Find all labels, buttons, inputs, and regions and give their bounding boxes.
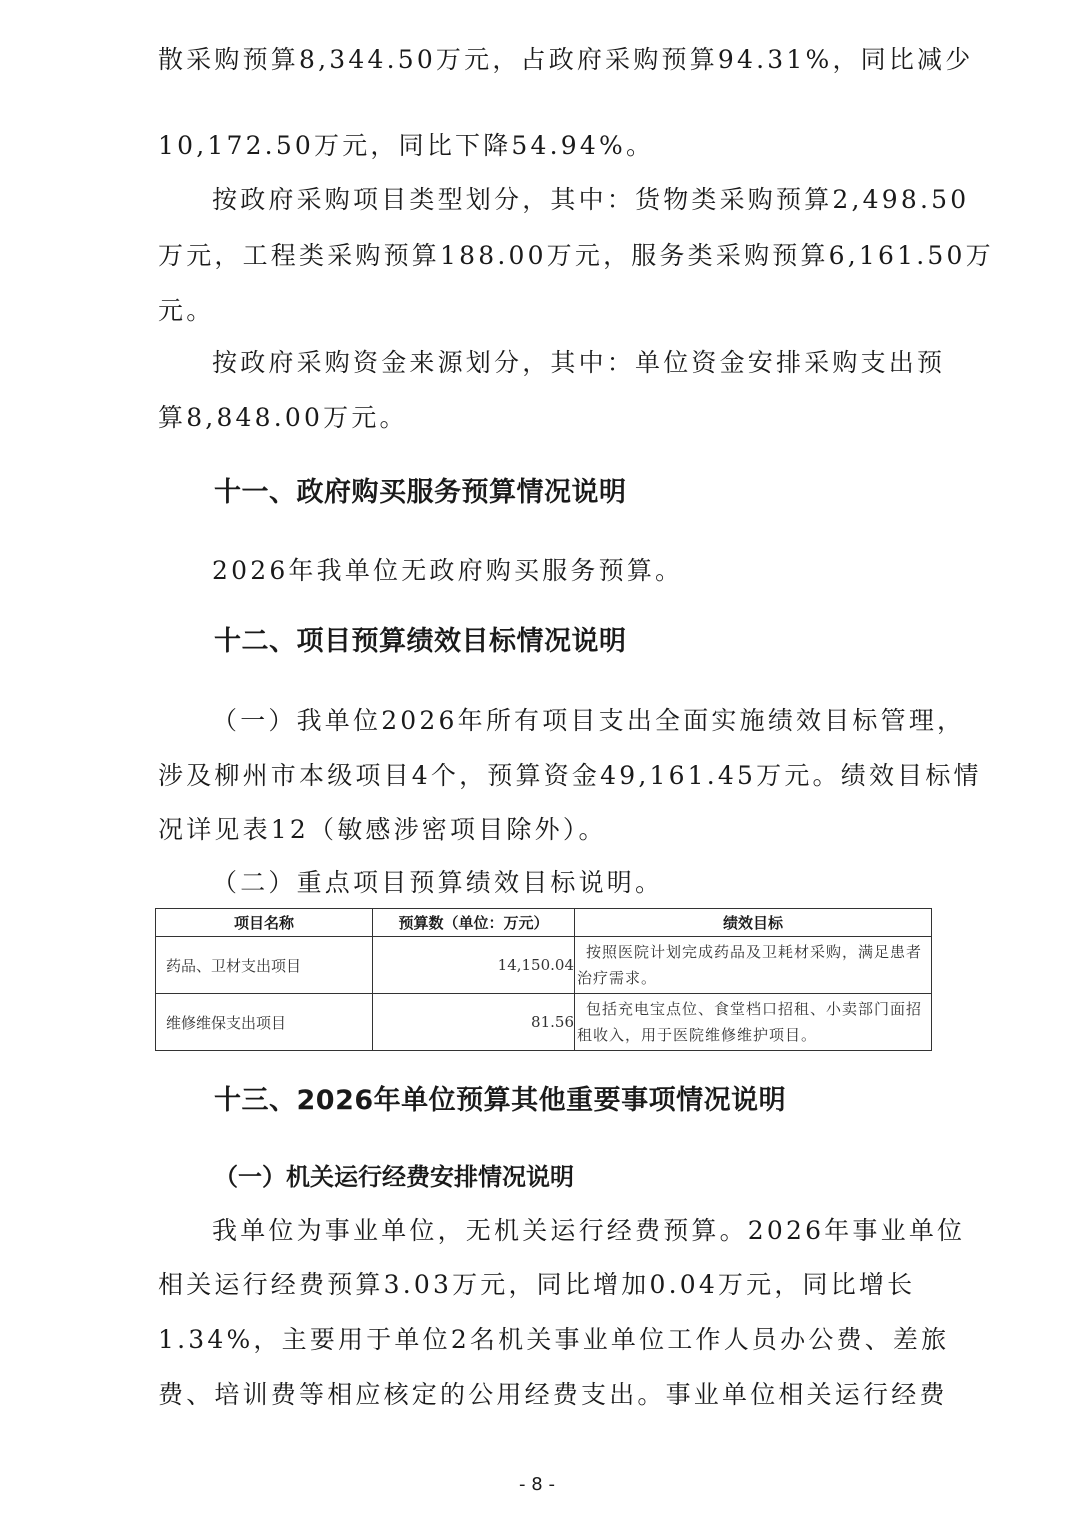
paragraph-line: （二）重点项目预算绩效目标说明。 [212,868,982,898]
section-heading-13: 十三、2026年单位预算其他重要事项情况说明 [214,1085,786,1117]
table-row: 药品、卫材支出项目 14,150.04 按照医院计划完成药品及卫耗材采购，满足患… [156,937,932,994]
paragraph-line: 2026年我单位无政府购买服务预算。 [212,556,982,586]
table-header-row: 项目名称 预算数（单位：万元） 绩效目标 [156,909,932,937]
paragraph-line: 费、培训费等相应核定的公用经费支出。事业单位相关运行经费 [158,1380,928,1410]
paragraph-line: 按政府采购资金来源划分，其中：单位资金安排采购支出预 [212,348,982,378]
paragraph-line: 元。 [158,296,928,326]
section-heading-12: 十二、项目预算绩效目标情况说明 [214,626,627,658]
paragraph-line: 我单位为事业单位，无机关运行经费预算。2026年事业单位 [212,1216,982,1246]
subsection-heading: （一）机关运行经费安排情况说明 [214,1162,574,1192]
page-number: - 8 - [0,1474,1074,1495]
paragraph-line: 万元，工程类采购预算188.00万元，服务类采购预算6,161.50万 [158,241,928,271]
paragraph-line: 散采购预算8,344.50万元，占政府采购预算94.31%，同比减少 [158,45,928,75]
column-header-project-name: 项目名称 [156,909,373,937]
paragraph-line: （一）我单位2026年所有项目支出全面实施绩效目标管理， [212,706,982,736]
paragraph-line: 相关运行经费预算3.03万元，同比增加0.04万元，同比增长 [158,1270,928,1300]
performance-goals-table: 项目名称 预算数（单位：万元） 绩效目标 药品、卫材支出项目 14,150.04… [155,908,932,1051]
cell-project-name: 药品、卫材支出项目 [156,937,373,994]
section-heading-11: 十一、政府购买服务预算情况说明 [214,477,627,509]
paragraph-line: 按政府采购项目类型划分，其中：货物类采购预算2,498.50 [212,185,982,215]
paragraph-line: 况详见表12（敏感涉密项目除外）。 [158,815,928,845]
cell-budget-amount: 81.56 [373,994,575,1051]
paragraph-line: 1.34%，主要用于单位2名机关事业单位工作人员办公费、差旅 [158,1325,928,1355]
paragraph-line: 涉及柳州市本级项目4个，预算资金49,161.45万元。绩效目标情 [158,761,928,791]
paragraph-line: 10,172.50万元，同比下降54.94%。 [158,131,928,161]
cell-performance-goal: 包括充电宝点位、食堂档口招租、小卖部门面招租收入，用于医院维修维护项目。 [575,994,932,1051]
cell-budget-amount: 14,150.04 [373,937,575,994]
paragraph-line: 算8,848.00万元。 [158,403,928,433]
cell-project-name: 维修维保支出项目 [156,994,373,1051]
column-header-goal: 绩效目标 [575,909,932,937]
table-row: 维修维保支出项目 81.56 包括充电宝点位、食堂档口招租、小卖部门面招租收入，… [156,994,932,1051]
cell-performance-goal: 按照医院计划完成药品及卫耗材采购，满足患者治疗需求。 [575,937,932,994]
column-header-budget: 预算数（单位：万元） [373,909,575,937]
